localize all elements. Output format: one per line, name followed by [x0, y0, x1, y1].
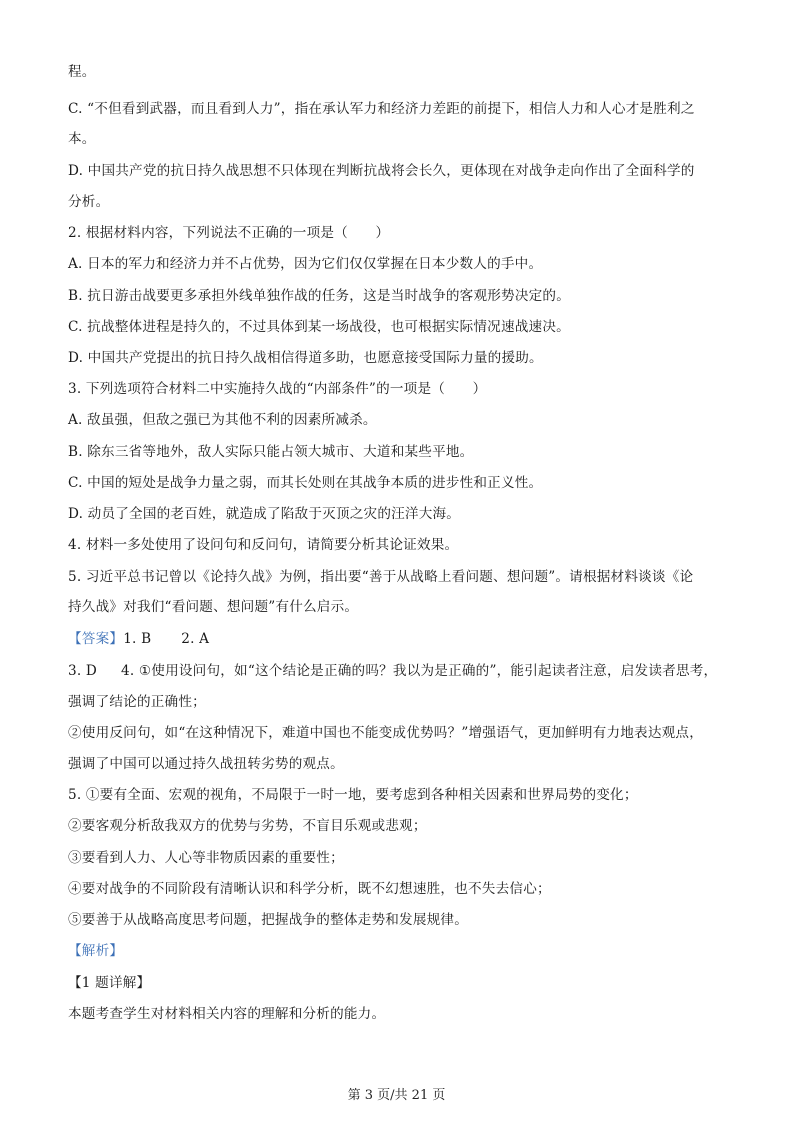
analysis-text: 本题考查学生对材料相关内容的理解和分析的能力。: [68, 1005, 385, 1023]
q3-option-b: B. 除东三省等地外，敌人实际只能占领大城市、大道和某些平地。: [68, 443, 473, 461]
option-c-text: C. “不但看到武器，而且看到人力”，指在承认军力和经济力差距的前提下，相信人力…: [68, 100, 695, 118]
q3-option-a: A. 敌虽强，但敌之强已为其他不利的因素所减杀。: [68, 411, 377, 429]
answer-4-line: 强调了结论的正确性；: [68, 693, 206, 711]
answer-4-line: 强调了中国可以通过持久战扭转劣势的观点。: [68, 755, 344, 773]
question-5-cont: 持久战》对我们“看问题、想问题”有什么启示。: [68, 598, 358, 616]
answer-5-line: 5. ①要有全面、宏观的视角，不局限于一时一地，要考虑到各种相关因素和世界局势的…: [68, 786, 638, 804]
q2-option-b: B. 抗日游击战要更多承担外线单独作战的任务，这是当时战争的客观形势决定的。: [68, 287, 570, 305]
answer-5-line: ②要客观分析敌我双方的优势与劣势，不盲目乐观或悲观；: [68, 817, 427, 835]
analysis-subheading: 【1 题详解】: [68, 974, 150, 992]
page-number-footer: 第 3 页/共 21 页: [0, 1088, 793, 1104]
answer-1: 1. B: [123, 631, 151, 647]
q2-option-d: D. 中国共产党提出的抗日持久战相信得道多助，也愿意接受国际力量的援助。: [68, 349, 543, 367]
question-3: 3. 下列选项符合材料二中实施持久战的“内部条件”的一项是（ ）: [68, 380, 486, 398]
q2-option-a: A. 日本的军力和经济力并不占优势，因为它们仅仅掌握在日本少数人的手中。: [68, 255, 542, 273]
analysis-label: 【解析】: [68, 942, 123, 960]
option-d-text: D. 中国共产党的抗日持久战思想不只体现在判断抗战将会长久，更体现在对战争走向作…: [68, 162, 695, 180]
question-4: 4. 材料一多处使用了设问句和反问句，请简要分析其论证效果。: [68, 536, 458, 554]
answer-label: 【答案】: [68, 631, 123, 647]
question-2: 2. 根据材料内容，下列说法不正确的一项是（ ）: [68, 224, 389, 242]
answer-5-line: ⑤要善于从战略高度思考问题，把握战争的整体走势和发展规律。: [68, 911, 468, 929]
text-line: 本。: [68, 130, 96, 148]
answer-4-start: 4. ①使用设问句，如“这个结论是正确的吗？我以为是正确的”，能引起读者注意，启…: [121, 663, 717, 679]
answer-5-line: ③要看到人力、人心等非物质因素的重要性；: [68, 849, 344, 867]
text-line: 程。: [68, 63, 96, 81]
answer-2: 2. A: [181, 631, 209, 647]
q3-option-c: C. 中国的短处是战争力量之弱，而其长处则在其战争本质的进步性和正义性。: [68, 474, 542, 492]
answer-row-2: 3. D4. ①使用设问句，如“这个结论是正确的吗？我以为是正确的”，能引起读者…: [68, 662, 717, 680]
text-line: 分析。: [68, 193, 109, 211]
q2-option-c: C. 抗战整体进程是持久的，不过具体到某一场战役，也可根据实际情况速战速决。: [68, 318, 570, 336]
q3-option-d: D. 动员了全国的老百姓，就造成了陷敌于灭顶之灾的汪洋大海。: [68, 505, 460, 523]
answer-3: 3. D: [68, 663, 97, 679]
answer-5-line: ④要对战争的不同阶段有清晰认识和科学分析，既不幻想速胜，也不失去信心；: [68, 880, 551, 898]
question-5: 5. 习近平总书记曾以《论持久战》为例，指出要“善于从战略上看问题、想问题”。请…: [68, 568, 693, 586]
answer-row-1: 【答案】1. B2. A: [68, 630, 209, 648]
answer-4-line: ②使用反问句，如“在这种情况下，难道中国也不能变成优势吗？”增强语气，更加鲜明有…: [68, 724, 703, 742]
